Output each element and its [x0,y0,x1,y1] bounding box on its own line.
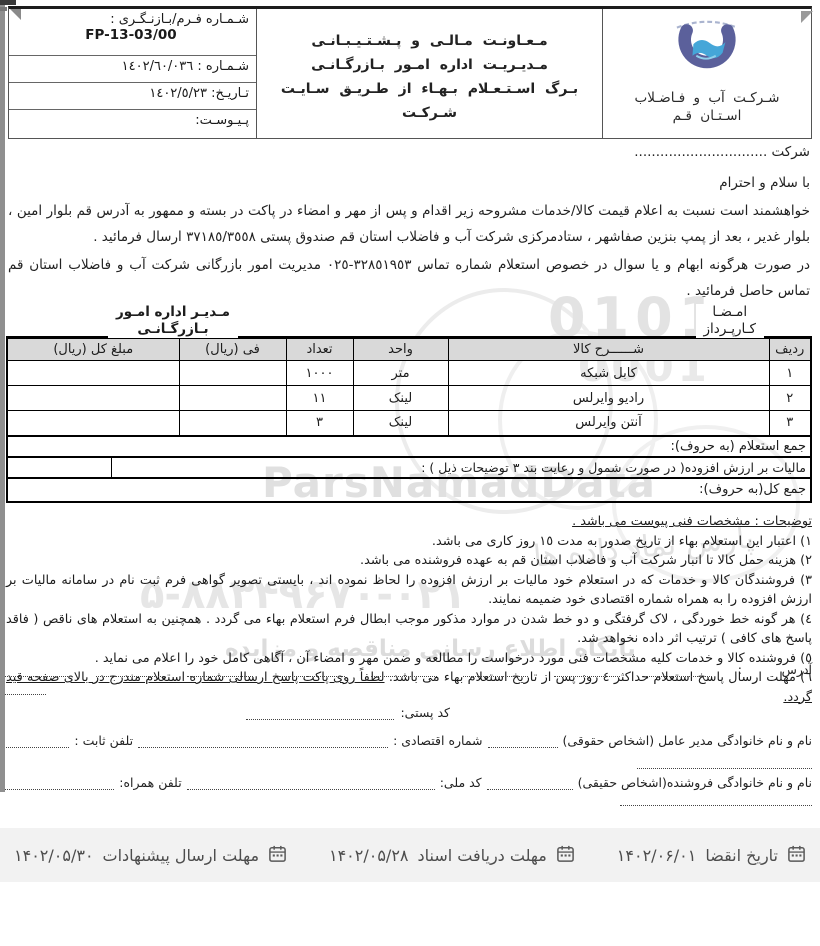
docs-deadline-value: ۱۴۰۲/۰۵/۲۸ [329,846,409,865]
seller-name-field [487,778,573,790]
economic-code-field [138,736,388,748]
mobile-label: تلفن همراه: [119,775,181,790]
title-line3: بـرگ اسـتـعـلام بـهـاء از طـریـق سـایـت … [257,77,602,125]
cell-row-no: ٢ [769,386,811,411]
address-field [4,665,70,677]
address-field [187,665,253,677]
cell-unit-price [179,411,286,436]
letter-paragraph-2: در صورت هرگونه ابهام و یا سوال در خصوص ا… [8,252,810,304]
company-name-line1: شـرکـت آب و فـاضـلاب [603,88,811,108]
ceo-row: نام و نام خانوادگی مدیر عامل (اشخاص حقوق… [4,733,812,748]
docs-deadline-label: مهلت دریافت اسناد [418,846,547,865]
signature-title-clerk: امـضـا کـارپـرداز [696,304,764,338]
signature-title-manager: مـدیـر اداره امـور بـازرگـانـی [108,304,238,338]
scan-artifact [0,7,7,11]
clerk-title-line2: کـارپـرداز [704,321,756,338]
items-table: ردیف شــــــرح کالا واحد تعداد فی (ریال)… [6,336,812,503]
address-field [646,665,712,677]
col-unit: واحد [353,338,448,361]
docs-deadline-item: مهلت دریافت اسناد ۱۴۰۲/۰۵/۲۸ [329,844,575,867]
mobile-field [4,778,114,790]
signature-dots [4,794,812,809]
cell-total-price [7,411,179,436]
addressee-line: شرکت ............................... [8,139,810,165]
postal-code-row: کد پستی: [4,705,812,720]
vat-cell: مالیات بر ارزش افزوده( در صورت شمول و رع… [7,457,811,478]
col-row-no: ردیف [769,338,811,361]
address-row: آدرس : [4,662,812,677]
title-line2: مـدیـریـت اداره امـور بـازرگـانـی [257,53,602,77]
expiry-date-label: تاریخ انقضا [705,846,778,865]
table-row: ٢ رادیو وایرلس لینک ١١ [7,386,811,411]
expiry-date-item: تاریخ انقضا ۱۴۰۲/۰۶/۰۱ [617,844,806,867]
table-row: ١ کابل شبکه متر ١٠٠٠ [7,361,811,386]
proposal-deadline-item: مهلت ارسال پیشنهادات ۱۴۰۲/۰۵/۳۰ [14,844,287,867]
cell-total-price [7,386,179,411]
cell-description: کابل شبکه [448,361,769,386]
deadline-footer-bar: تاریخ انقضا ۱۴۰۲/۰۶/۰۱ مهلت دریافت اسناد… [0,828,820,882]
cell-unit: لینک [353,411,448,436]
scan-artifact [0,0,16,5]
cell-description: رادیو وایرلس [448,386,769,411]
vat-label: مالیات بر ارزش افزوده( در صورت شمول و رع… [112,460,810,475]
grand-total-label: جمع کل(به حروف): [7,478,811,502]
economic-code-label: شماره اقتصادی : [393,733,482,748]
form-number-row: شـمـاره فـرم/بـازنـگـری : FP-13-03/00 [9,9,256,56]
seller-name-label: نام و نام خانوادگی فروشنده(اشخاص حقیقی) [578,775,812,790]
col-total-price: مبلغ کل (ریال) [7,338,179,361]
scan-edge-strip [0,0,5,792]
letter-paragraph-1: خواهشمند است نسبت به اعلام قیمت کالا/خدم… [8,198,810,250]
national-id-label: کد ملی: [440,775,482,790]
col-description: شــــــرح کالا [448,338,769,361]
grand-total-row: جمع کل(به حروف): [7,478,811,502]
address-field [554,665,620,677]
address-continuation [4,683,812,698]
title-line1: مـعـاونـت مـالـی و پـشـتـیـبـانـی [257,29,602,53]
postal-code-label: کد پستی: [400,705,450,720]
water-company-logo-icon [663,66,751,85]
national-id-field [187,778,435,790]
col-qty: تعداد [286,338,353,361]
company-logo-cell: شـرکـت آب و فـاضـلاب اسـتـان قـم [602,9,811,138]
calendar-icon [787,844,806,867]
attachment-row: پـیـوسـت: [9,110,256,138]
cell-unit: متر [353,361,448,386]
cell-unit-price [179,386,286,411]
manager-title-line2: بـازرگـانـی [116,321,230,338]
note-2: ٢) هزینه حمل کالا تا انبار شرکت آب و فاض… [6,551,812,571]
letter-body: شرکت ............................... با … [8,139,810,306]
inquiry-form-page: 0101 0001 ParsNamadData پارس نماد داده ه… [0,0,820,946]
cell-qty: ٣ [286,411,353,436]
letter-date-row: تـاریـخ: ١٤٠٢/٥/٢٣ [9,83,256,110]
proposal-deadline-value: ۱۴۰۲/۰۵/۳۰ [14,846,94,865]
table-header-row: ردیف شــــــرح کالا واحد تعداد فی (ریال)… [7,338,811,361]
vat-row: مالیات بر ارزش افزوده( در صورت شمول و رع… [7,457,811,478]
ceo-name-label: نام و نام خانوادگی مدیر عامل (اشخاص حقوق… [563,733,812,748]
items-table-section: مـدیـر اداره امـور بـازرگـانـی امـضـا کـ… [8,302,812,503]
vat-value-box [8,458,112,477]
sum-in-words-label: جمع استعلام (به حروف): [7,436,811,457]
calendar-icon [268,844,287,867]
postal-code-field [246,708,394,720]
company-name-line2: اسـتـان قـم [603,106,811,126]
seller-row: نام و نام خانوادگی فروشنده(اشخاص حقیقی) … [4,775,812,790]
col-unit-price: فی (ریال) [179,338,286,361]
cell-row-no: ٣ [769,411,811,436]
letter-number-row: شـمـاره : ١٤٠٢/٦٠/٠٣٦ [9,56,256,83]
cell-total-price [7,361,179,386]
expiry-date-value: ۱۴۰۲/۰۶/۰۱ [617,846,697,865]
note-4: ٤) هر گونه خط خوردگی ، لاک گرفتگی و دو خ… [6,610,812,649]
address-field [463,665,529,677]
note-3: ٣) فروشندگان کالا و خدمات که در استعلام … [6,571,812,610]
address-field [96,665,162,677]
cell-unit: لینک [353,386,448,411]
note-1: ١) اعتبار این استعلام بهاء از تاریخ صدور… [6,532,812,552]
document-title: مـعـاونـت مـالـی و پـشـتـیـبـانـی مـدیـر… [256,9,602,138]
landline-field [4,736,69,748]
ceo-name-field [488,736,558,748]
cell-unit-price [179,361,286,386]
cell-qty: ١٠٠٠ [286,361,353,386]
address-field [371,665,437,677]
header-table: شـرکـت آب و فـاضـلاب اسـتـان قـم مـعـاون… [8,6,812,139]
address-label: آدرس : [738,662,812,677]
signature-dots [4,757,812,772]
form-meta: شـمـاره فـرم/بـازنـگـری : FP-13-03/00 شـ… [9,9,256,138]
form-number-value: FP-13-03/00 [13,27,249,43]
sum-in-words-row: جمع استعلام (به حروف): [7,436,811,457]
table-row: ٣ آنتن وایرلس لینک ٣ [7,411,811,436]
calendar-icon [556,844,575,867]
fold-corner-right [801,11,813,23]
landline-label: تلفن ثابت : [74,733,133,748]
manager-title-line1: مـدیـر اداره امـور [116,304,230,321]
notes-title: توضیحات : مشخصات فنی پیوست می باشد . [572,514,812,529]
fold-corner-left [10,9,21,20]
form-number-label: شـمـاره فـرم/بـازنـگـری : [13,12,249,27]
address-field [279,665,345,677]
proposal-deadline-label: مهلت ارسال پیشنهادات [103,846,259,865]
cell-row-no: ١ [769,361,811,386]
respondent-fields: آدرس : کد پستی: نام و نام خانوادگی مدیر … [4,662,812,809]
clerk-title-line1: امـضـا [704,304,756,321]
cell-description: آنتن وایرلس [448,411,769,436]
salutation-line: با سلام و احترام [8,170,810,196]
cell-qty: ١١ [286,386,353,411]
